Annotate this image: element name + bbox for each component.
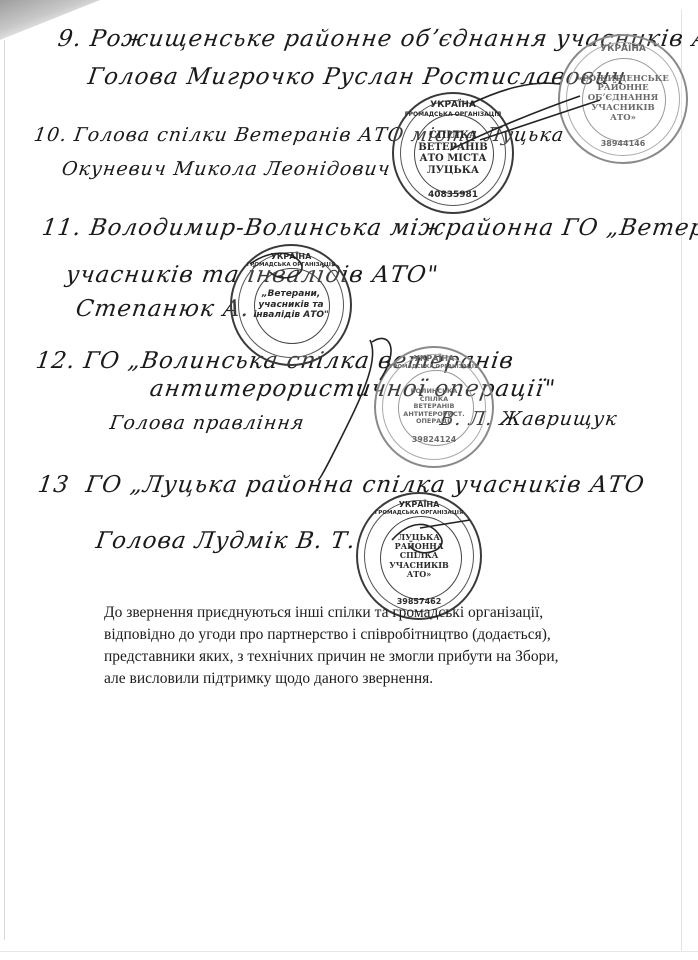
signature-entry-11 — [250, 253, 302, 278]
closing-paragraph: До звернення приєднуються інші спілки та… — [104, 602, 574, 690]
scan-edge-bottom — [0, 951, 698, 952]
signature-entry-12 — [318, 338, 391, 480]
